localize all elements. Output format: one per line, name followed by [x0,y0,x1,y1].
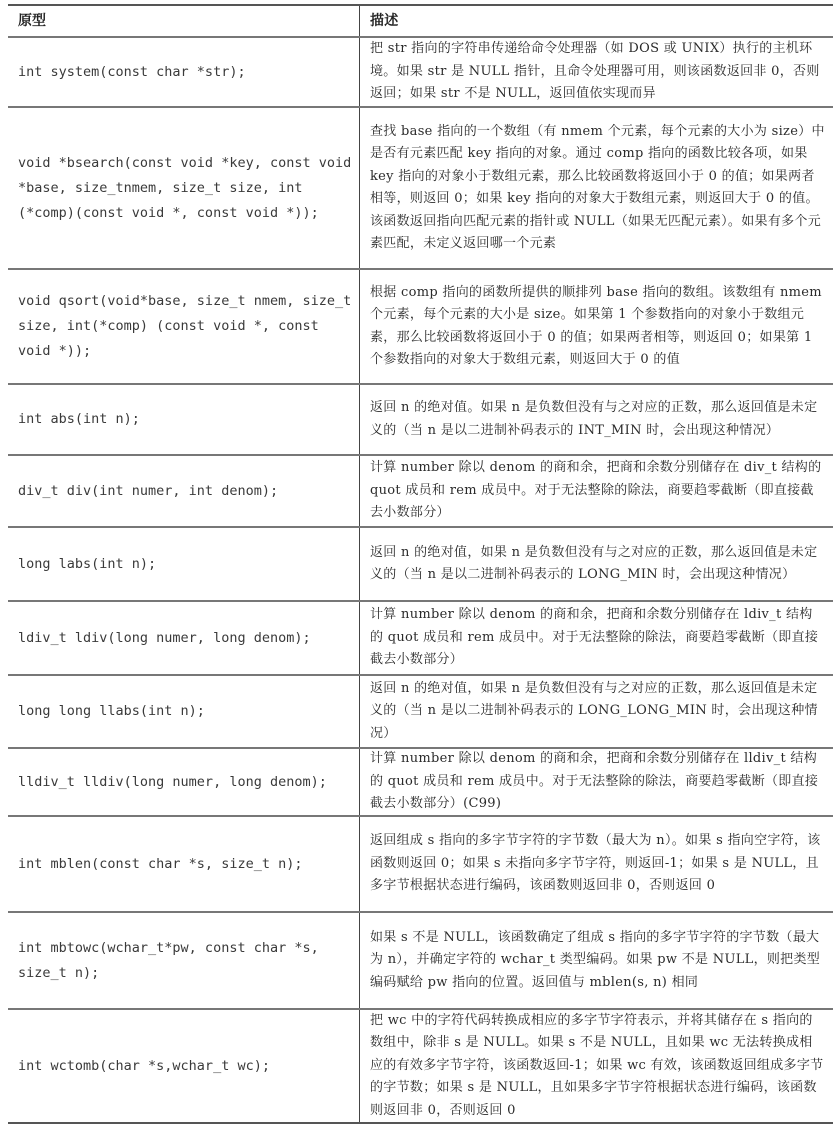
description-cell: 查找 base 指向的一个数组（有 nmem 个元素，每个元素的大小为 size… [360,108,833,268]
prototype-cell: int mblen(const char *s, size_t n); [8,817,360,911]
description-cell: 返回 n 的绝对值，如果 n 是负数但没有与之对应的正数，那么返回值是未定义的（… [360,676,833,747]
function-reference-table: 原型 描述 int system(const char *str);把 str … [8,4,833,1124]
description-cell: 返回 n 的绝对值，如果 n 是负数但没有与之对应的正数，那么返回值是未定义的（… [360,528,833,600]
description-cell: 如果 s 不是 NULL，该函数确定了组成 s 指向的多字节字符的字节数（最大为… [360,913,833,1008]
table-row: int wctomb(char *s,wchar_t wc);把 wc 中的字符… [8,1008,833,1122]
prototype-cell: lldiv_t lldiv(long numer, long denom); [8,749,360,815]
table-row: div_t div(int numer, int denom);计算 numbe… [8,454,833,526]
prototype-cell: int system(const char *str); [8,38,360,106]
prototype-cell: int wctomb(char *s,wchar_t wc); [8,1010,360,1122]
table-row: void qsort(void*base, size_t nmem, size_… [8,268,833,383]
prototype-cell: long labs(int n); [8,528,360,600]
description-cell: 计算 number 除以 denom 的商和余，把商和余数分别储存在 div_t… [360,456,833,526]
prototype-cell: div_t div(int numer, int denom); [8,456,360,526]
table-row: long long llabs(int n);返回 n 的绝对值，如果 n 是负… [8,674,833,747]
table-row: void *bsearch(const void *key, const voi… [8,106,833,268]
description-cell: 把 str 指向的字符串传递给命令处理器（如 DOS 或 UNIX）执行的主机环… [360,38,833,106]
table-row: lldiv_t lldiv(long numer, long denom);计算… [8,747,833,815]
table-row: int abs(int n);返回 n 的绝对值。如果 n 是负数但没有与之对应… [8,383,833,454]
prototype-cell: ldiv_t ldiv(long numer, long denom); [8,602,360,674]
description-cell: 根据 comp 指向的函数所提供的顺排列 base 指向的数组。该数组有 nme… [360,270,833,383]
header-description: 描述 [360,6,833,36]
prototype-cell: void qsort(void*base, size_t nmem, size_… [8,270,360,383]
table-row: long labs(int n);返回 n 的绝对值，如果 n 是负数但没有与之… [8,526,833,600]
table-row: ldiv_t ldiv(long numer, long denom);计算 n… [8,600,833,674]
table-row: int mblen(const char *s, size_t n);返回组成 … [8,815,833,911]
description-cell: 把 wc 中的字符代码转换成相应的多字节字符表示，并将其储存在 s 指向的数组中… [360,1010,833,1122]
table-row: int mbtowc(wchar_t*pw, const char *s, si… [8,911,833,1008]
prototype-cell: long long llabs(int n); [8,676,360,747]
description-cell: 计算 number 除以 denom 的商和余，把商和余数分别储存在 ldiv_… [360,602,833,674]
table-row: int system(const char *str);把 str 指向的字符串… [8,36,833,106]
table-header-row: 原型 描述 [8,6,833,36]
description-cell: 返回 n 的绝对值。如果 n 是负数但没有与之对应的正数，那么返回值是未定义的（… [360,385,833,454]
description-cell: 返回组成 s 指向的多字节字符的字节数（最大为 n）。如果 s 指向空字符，该函… [360,817,833,911]
header-prototype: 原型 [8,6,360,36]
prototype-cell: void *bsearch(const void *key, const voi… [8,108,360,268]
prototype-cell: int abs(int n); [8,385,360,454]
prototype-cell: int mbtowc(wchar_t*pw, const char *s, si… [8,913,360,1008]
description-cell: 计算 number 除以 denom 的商和余，把商和余数分别储存在 lldiv… [360,749,833,815]
